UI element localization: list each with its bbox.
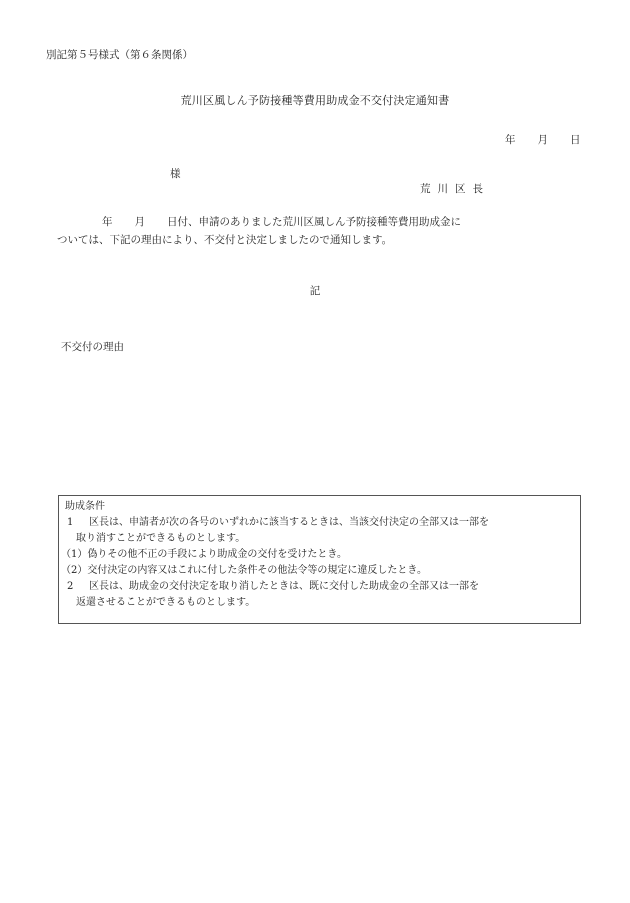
- condition-text: 偽りその他不正の手段により助成金の交付を受けたとき。: [87, 549, 347, 560]
- condition-subitem-1: （1）偽りその他不正の手段により助成金の交付を受けたとき。: [61, 547, 347, 563]
- body-text-line-1: 年月日付、申請のありました荒川区風しん予防接種等費用助成金に: [102, 214, 461, 229]
- year-label: 年: [505, 132, 516, 147]
- condition-item-2: 2区長は、助成金の交付決定を取り消したときは、既に交付した助成金の全部又は一部を: [67, 579, 479, 595]
- day-label: 日: [570, 132, 581, 147]
- month-label: 月: [538, 132, 549, 147]
- condition-text: 区長は、助成金の交付決定を取り消したときは、既に交付した助成金の全部又は一部を: [89, 581, 479, 592]
- recipient-suffix: 様: [170, 166, 181, 181]
- reason-label: 不交付の理由: [61, 339, 124, 354]
- issuer-name: 荒川区長: [420, 181, 490, 196]
- condition-subitem-2: （2）交付決定の内容又はこれに付した条件その他法令等の規定に違反したとき。: [61, 563, 427, 579]
- condition-number: 2: [67, 579, 89, 595]
- application-year-label: 年: [102, 216, 113, 228]
- document-title: 荒川区風しん予防接種等費用助成金不交付決定通知書: [0, 92, 630, 108]
- condition-text: 区長は、申請者が次の各号のいずれかに該当するときは、当該交付決定の全部又は一部を: [89, 517, 489, 528]
- condition-item-1: 1区長は、申請者が次の各号のいずれかに該当するときは、当該交付決定の全部又は一部…: [67, 515, 489, 531]
- condition-item-1-continued: 取り消すことができるものとします。: [76, 531, 245, 547]
- condition-text: 交付決定の内容又はこれに付した条件その他法令等の規定に違反したとき。: [87, 565, 427, 576]
- application-month-label: 月: [135, 216, 146, 228]
- condition-number: （1）: [61, 549, 87, 560]
- body-text-line-2: ついては、下記の理由により、不交付と決定しましたので通知します。: [57, 232, 392, 247]
- condition-item-2-continued: 返還させることができるものとします。: [76, 595, 255, 611]
- conditions-title: 助成条件: [65, 499, 105, 515]
- body-text-rest: 日付、申請のありました荒川区風しん予防接種等費用助成金に: [167, 216, 461, 228]
- condition-number: （2）: [61, 565, 87, 576]
- conditions-box: 助成条件 1区長は、申請者が次の各号のいずれかに該当するときは、当該交付決定の全…: [58, 495, 581, 624]
- form-number: 別記第５号様式（第６条関係）: [46, 47, 193, 62]
- condition-number: 1: [67, 515, 89, 531]
- issue-date: 年月日: [505, 132, 581, 147]
- ki-heading: 記: [0, 283, 630, 298]
